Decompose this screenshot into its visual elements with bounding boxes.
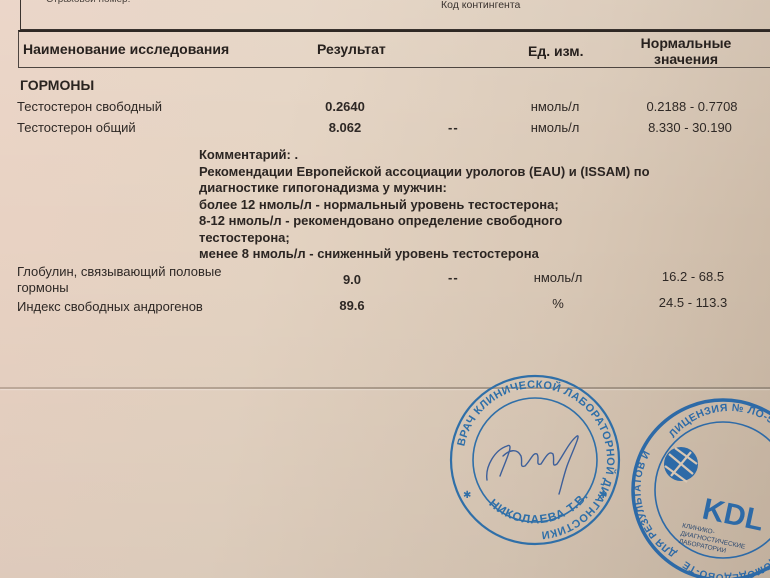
test-flag: -- bbox=[448, 120, 459, 135]
comment-line: Рекомендации Европейской ассоциации урол… bbox=[199, 164, 650, 181]
header-norm-line2: значения bbox=[631, 51, 741, 67]
test-flag: -- bbox=[448, 270, 459, 285]
comment-line: диагностике гипогонадизма у мужчин: bbox=[199, 180, 650, 197]
test-norm: 8.330 - 30.190 bbox=[625, 120, 755, 135]
patient-info-box: Страховой номер: Код контингента bbox=[20, 0, 770, 30]
test-norm: 0.2188 - 0.7708 bbox=[627, 99, 757, 114]
header-test-name: Наименование исследования bbox=[23, 41, 229, 57]
kdl-globe-icon bbox=[664, 447, 698, 482]
svg-text:✱: ✱ bbox=[599, 490, 607, 501]
header-unit: Ед. изм. bbox=[528, 43, 583, 59]
test-norm: 24.5 - 113.3 bbox=[628, 295, 758, 310]
comment-line: 8-12 нмоль/л - рекомендовано определение… bbox=[199, 213, 650, 230]
comment-line: менее 8 нмоль/л - сниженный уровень тест… bbox=[199, 246, 650, 263]
doctor-stamp: ВРАЧ КЛИНИЧЕСКОЙ ЛАБОРАТОРНОЙ ДИАГНОСТИК… bbox=[445, 370, 625, 550]
section-title: ГОРМОНЫ bbox=[20, 77, 94, 93]
test-unit: нмоль/л bbox=[518, 270, 598, 285]
test-unit: нмоль/л bbox=[515, 120, 595, 135]
comment-line: Комментарий: . bbox=[199, 147, 650, 164]
test-name-line2: гормоны bbox=[17, 280, 69, 295]
insurance-number-label: Страховой номер: bbox=[46, 0, 130, 5]
svg-text:✱: ✱ bbox=[463, 490, 471, 501]
header-normal-values: Нормальные значения bbox=[631, 35, 741, 67]
test-name: Тестостерон свободный bbox=[17, 99, 162, 114]
test-name: Тестостерон общий bbox=[17, 120, 136, 135]
test-result: 0.2640 bbox=[305, 99, 385, 114]
comment-line: тестостерона; bbox=[199, 230, 650, 247]
table-header: Наименование исследования Результат Ед. … bbox=[18, 30, 770, 68]
test-name: Индекс свободных андрогенов bbox=[17, 299, 203, 314]
contingent-code-label: Код контингента bbox=[441, 0, 520, 11]
header-norm-line1: Нормальные bbox=[631, 35, 741, 51]
test-unit: нмоль/л bbox=[515, 99, 595, 114]
test-norm: 16.2 - 68.5 bbox=[628, 269, 758, 284]
test-result: 9.0 bbox=[312, 272, 392, 287]
comment-line: более 12 нмоль/л - нормальный уровень те… bbox=[199, 197, 650, 214]
test-name-line1: Глобулин, связывающий половые bbox=[17, 264, 222, 279]
signature-icon bbox=[487, 436, 578, 494]
lab-stamp: ЛИЦЕНЗИЯ № ЛО-50-01-00 ДЛЯ РЕЗУЛЬТАТОВ И… bbox=[625, 392, 770, 578]
comment-block: Комментарий: . Рекомендации Европейской … bbox=[199, 147, 650, 263]
header-result: Результат bbox=[317, 41, 386, 57]
test-unit: % bbox=[518, 296, 598, 311]
test-result: 89.6 bbox=[312, 298, 392, 313]
test-result: 8.062 bbox=[305, 120, 385, 135]
paper-fold bbox=[0, 387, 770, 389]
